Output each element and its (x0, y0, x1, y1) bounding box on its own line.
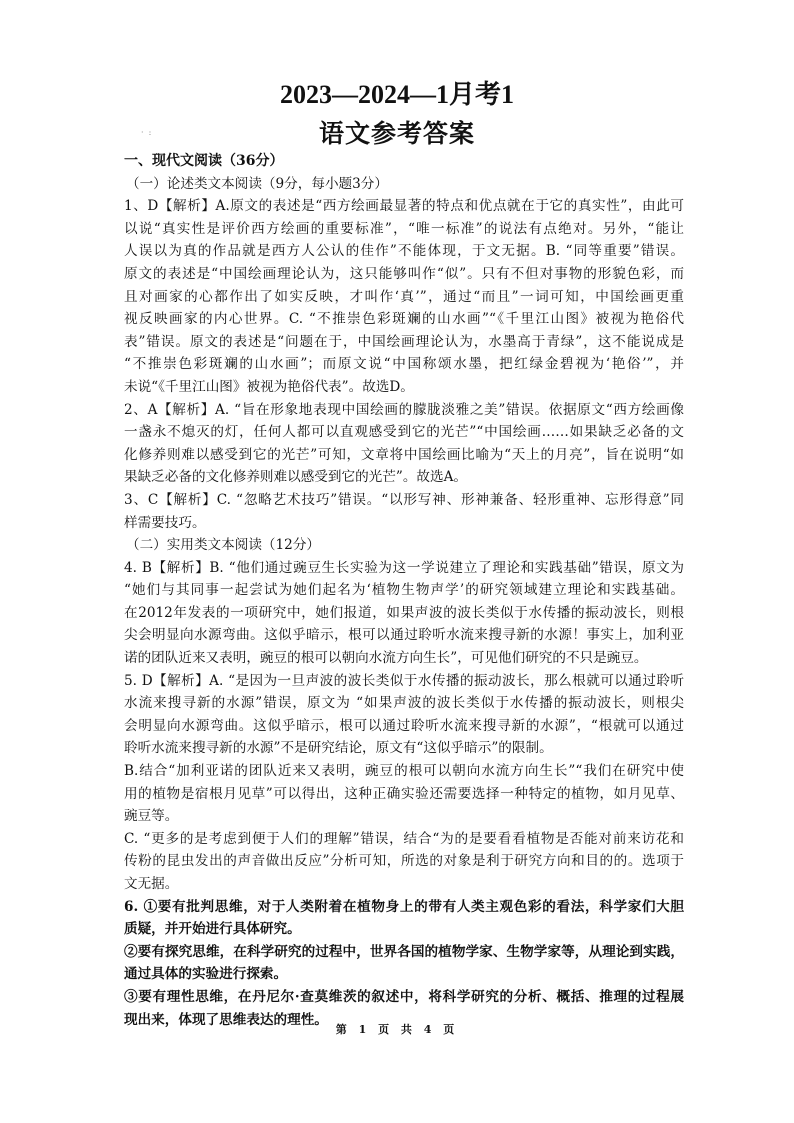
text-line: 表”错误。原文的表述是“问题在于，中国绘画理论认为，水墨高于青绿”，这不能说成是 (124, 331, 684, 354)
document-subtitle: 语文参考答案 (0, 114, 794, 150)
text-line: C. “更多的是考虑到便于人们的理解”错误，结合“为的是要看看植物是否能对前来访… (124, 828, 684, 851)
text-line: 聆听水流来搜寻新的水源”不是研究结论，原文有“这似乎暗示”的限制。 (124, 737, 684, 760)
answer-content: 一、现代文阅读（36分）（一）论述类文本阅读（9分，每小题3分）1、D【解析】A… (124, 150, 684, 1031)
page-number: 第 1 页 共 4 页 (0, 1021, 794, 1037)
text-line: 一盏永不熄灭的灯，任何人都可以直观感受到它的光芒”“中国绘画……如果缺乏必备的文 (124, 421, 684, 444)
subsection-heading: （二）实用类文本阅读（12分） (124, 534, 684, 557)
text-line: 原文的表述是“中国绘画理论认为，这只能够叫作“似”。只有不但对事物的形貌色彩，而 (124, 263, 684, 286)
text-line: 1、D【解析】A.原文的表述是“西方绘画最显著的特点和优点就在于它的真实性”，由… (124, 195, 684, 218)
document-title: 2023—2024—1月考1 (0, 74, 794, 111)
text-line: ②要有探究思维，在科学研究的过程中，世界各国的植物学家、生物学家等，从理论到实践… (124, 941, 684, 964)
text-line: 豌豆等。 (124, 805, 684, 828)
text-line: 人误以为真的作品就是西方人公认的佳作”不能体现，于文无据。B. “同等重要”错误… (124, 240, 684, 263)
text-line: 6. ①要有批判思维，对于人类附着在植物身上的带有人类主观色彩的看法，科学家们大… (124, 896, 684, 919)
text-line: 尖会明显向水源弯曲。这似乎暗示，根可以通过聆听水流来搜寻新的水源！事实上，加利亚 (124, 624, 684, 647)
text-line: 诺的团队近来又表明，豌豆的根可以朝向水流方向生长”，可见他们研究的不只是豌豆。 (124, 647, 684, 670)
text-line: 4. B【解析】B. “他们通过豌豆生长实验为这一学说建立了理论和实践基础”错误… (124, 557, 684, 580)
text-line: 以说“真实性是评价西方绘画的重要标准”，“唯一标准”的说法有点绝对。另外，“能让 (124, 218, 684, 241)
text-line: 3、C【解析】C. “忽略艺术技巧”错误。“以形写神、形神兼备、轻形重神、忘形得… (124, 489, 684, 512)
text-line: 质疑，并开始进行具体研究。 (124, 918, 684, 941)
text-line: 果缺乏必备的文化修养则难以感受到它的光芒”。故选A。 (124, 466, 684, 489)
text-line: 水流来搜寻新的水源”错误，原文为 “如果声波的波长类似于水传播的振动波长，则根尖 (124, 692, 684, 715)
text-line: 传粉的昆虫发出的声音做出反应”分析可知，所选的对象是利于研究方向和目的的。选项于 (124, 850, 684, 873)
text-line: B.结合“加利亚诺的团队近来又表明，豌豆的根可以朝向水流方向生长”“我们在研究中… (124, 760, 684, 783)
subsection-heading: （一）论述类文本阅读（9分，每小题3分） (124, 173, 684, 196)
document-page: · : 2023—2024—1月考1 语文参考答案 一、现代文阅读（36分）（一… (0, 0, 794, 1123)
text-line: “不推崇色彩斑斓的山水画”；而原文说“中国称颂水墨，把红绿金碧视为‘艳俗’”，并 (124, 353, 684, 376)
text-line: 5. D【解析】A. “是因为一旦声波的波长类似于水传播的振动波长，那么根就可以… (124, 670, 684, 693)
text-line: 用的植物是宿根月见草”可以得出，这种正确实验还需要选择一种特定的植物，如月见草、 (124, 783, 684, 806)
text-line: 通过具体的实验进行探索。 (124, 963, 684, 986)
text-line: 未说“《千里江山图》被视为艳俗代表”。故选D。 (124, 376, 684, 399)
section-heading: 一、现代文阅读（36分） (124, 150, 684, 173)
text-line: “她们与其同事一起尝试为她们起名为‘植物生物声学’的研究领域建立理论和实践基础。 (124, 579, 684, 602)
text-line: 在2012年发表的一项研究中，她们报道，如果声波的波长类似于水传播的振动波长，则… (124, 602, 684, 625)
text-line: 且对画家的心都作出了如实反映，才叫作‘真’”，通过“而且”一词可知，中国绘画更重 (124, 286, 684, 309)
text-line: 化修养则难以感受到它的光芒”可知，文章将中国绘画比喻为“天上的月亮”，旨在说明“… (124, 444, 684, 467)
text-line: 文无据。 (124, 873, 684, 896)
text-line: 2、A【解析】A. “旨在形象地表现中国绘画的朦胧淡雅之美”错误。依据原文“西方… (124, 399, 684, 422)
text-line: 会明显向水源弯曲。这似乎暗示，根可以通过聆听水流来搜寻新的水源”，“根就可以通过 (124, 715, 684, 738)
text-line: 样需要技巧。 (124, 512, 684, 535)
text-line: 视反映画家的内心世界。C. “不推崇色彩斑斓的山水画”“《千里江山图》被视为艳俗… (124, 308, 684, 331)
text-line: ③要有理性思维，在丹尼尔·查莫维茨的叙述中，将科学研究的分析、概括、推理的过程展 (124, 986, 684, 1009)
